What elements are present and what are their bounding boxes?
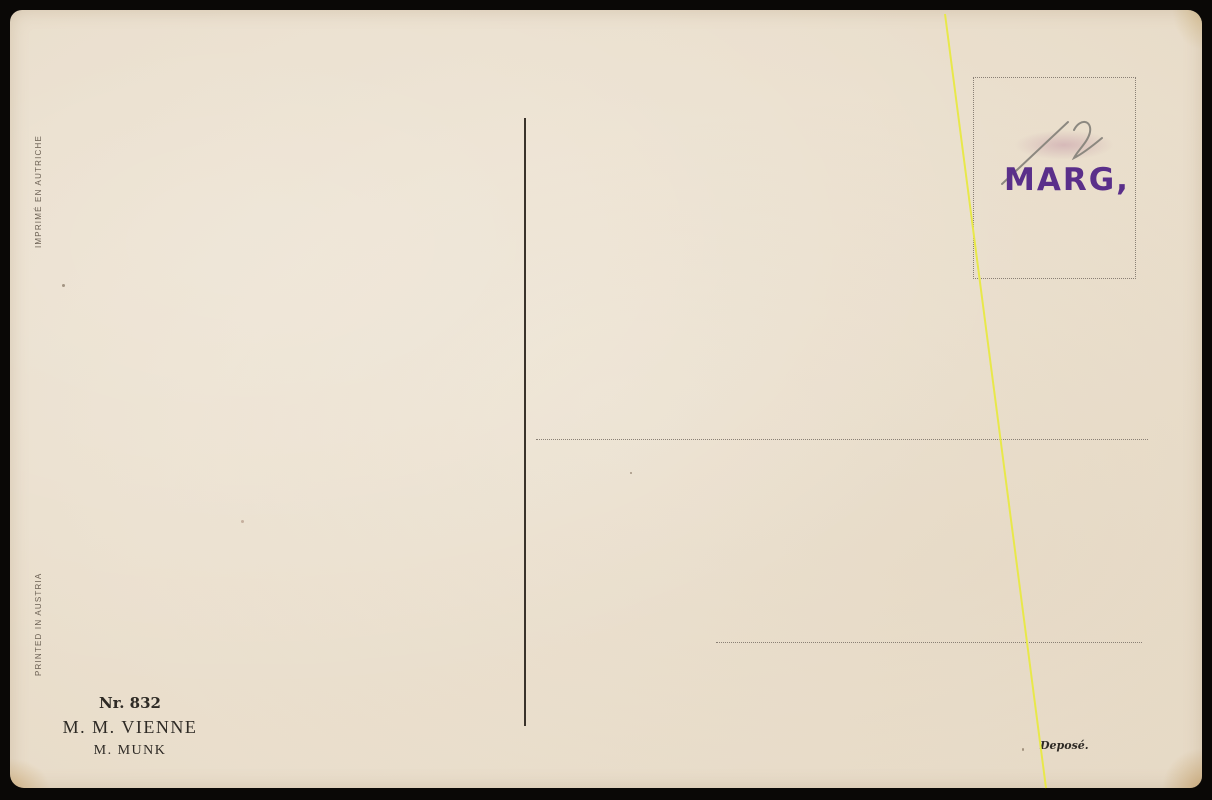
imprime-en-autriche-label: IMPRIMÉ EN AUTRICHE	[34, 135, 43, 248]
edge-stain	[10, 758, 50, 788]
publisher-imprint: Nr. 832 M. M. VIENNE M. MUNK	[40, 692, 220, 762]
card-number: Nr. 832	[40, 692, 220, 714]
paper-speck	[630, 472, 632, 474]
postcard-back: IMPRIMÉ EN AUTRICHE PRINTED IN AUSTRIA M…	[10, 10, 1202, 788]
message-address-divider	[524, 118, 526, 726]
edge-stain	[1162, 748, 1202, 788]
publisher-name: M. M. VIENNE	[40, 714, 220, 740]
edge-stain	[1172, 10, 1202, 50]
printed-in-austria-label: PRINTED IN AUSTRIA	[34, 573, 43, 676]
stamp-box: MARG,	[973, 77, 1136, 279]
stamped-text: MARG,	[1004, 162, 1130, 198]
address-line-2	[716, 642, 1142, 643]
paper-speck	[241, 520, 244, 523]
paper-speck	[62, 284, 65, 287]
trademark-label: Deposé.	[1040, 739, 1089, 752]
paper-speck	[1022, 748, 1024, 751]
artist-name: M. MUNK	[40, 740, 220, 762]
address-line-1	[536, 439, 1148, 440]
